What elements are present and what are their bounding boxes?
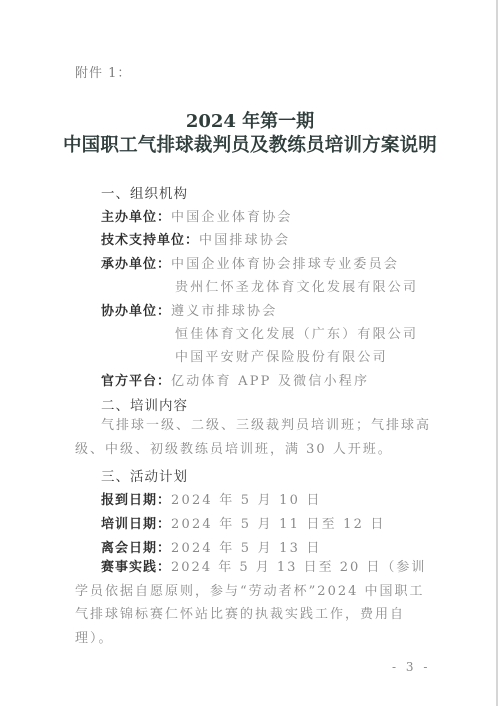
- row-co-organizer: 协办单位：遵义市排球协会: [101, 300, 277, 319]
- row-value: 2024 年 5 月 11 日至 12 日: [171, 517, 386, 532]
- practice-paragraph: 赛事实践：2024 年 5 月 13 日至 20 日（参训学员依据自愿原则，参与…: [75, 556, 435, 650]
- attachment-label: 附件 1：: [75, 62, 131, 81]
- row-label: 主办单位：: [101, 210, 171, 225]
- section-heading-training-content: 二、培训内容: [101, 394, 188, 414]
- row-value: 亿动体育 APP 及微信小程序: [171, 374, 369, 389]
- row-label: 技术支持单位：: [101, 233, 199, 248]
- row-label: 报到日期：: [101, 493, 171, 508]
- row-value: 中国排球协会: [199, 233, 290, 248]
- paragraph-text: 气排球一级、二级、三级裁判员培训班；气排球高级、中级、初级教练员培训班，满 30…: [75, 418, 431, 457]
- row-value: 2024 年 5 月 10 日: [171, 493, 322, 508]
- row-tech-support: 技术支持单位：中国排球协会: [101, 229, 290, 248]
- page-edge-line: [496, 0, 498, 706]
- practice-label: 赛事实践：: [101, 560, 171, 575]
- row-value: 中国企业体育协会排球专业委员会: [171, 257, 399, 272]
- document-title-line2: 中国职工气排球裁判员及教练员培训方案说明: [0, 131, 500, 157]
- row-organizer: 承办单位：中国企业体育协会排球专业委员会: [101, 253, 399, 272]
- row-label: 承办单位：: [101, 257, 171, 272]
- row-label: 培训日期：: [101, 517, 171, 532]
- section-heading-activity-plan: 三、活动计划: [101, 465, 188, 485]
- row-value: 2024 年 5 月 13 日: [171, 541, 322, 556]
- row-co-organizer-cont-2: 中国平安财产保险股份有限公司: [175, 346, 388, 365]
- document-title-line1: 2024 年第一期: [0, 107, 500, 133]
- page-number: - 3 -: [392, 660, 430, 674]
- row-label: 离会日期：: [101, 541, 171, 556]
- row-value: 遵义市排球协会: [171, 304, 277, 319]
- row-check-in-date: 报到日期：2024 年 5 月 10 日: [101, 489, 322, 508]
- row-training-date: 培训日期：2024 年 5 月 11 日至 12 日: [101, 513, 386, 532]
- row-departure-date: 离会日期：2024 年 5 月 13 日: [101, 537, 322, 556]
- row-host: 主办单位：中国企业体育协会: [101, 206, 293, 225]
- training-content-paragraph: 气排球一级、二级、三级裁判员培训班；气排球高级、中级、初级教练员培训班，满 30…: [75, 414, 435, 461]
- row-value: 中国企业体育协会: [171, 210, 293, 225]
- row-label: 协办单位：: [101, 304, 171, 319]
- row-organizer-cont: 贵州仁怀圣龙体育文化发展有限公司: [175, 276, 418, 295]
- row-label: 官方平台：: [101, 374, 171, 389]
- section-heading-organization: 一、组织机构: [101, 182, 188, 202]
- row-official-platform: 官方平台：亿动体育 APP 及微信小程序: [101, 370, 369, 389]
- row-co-organizer-cont-1: 恒佳体育文化发展（广东）有限公司: [175, 323, 418, 342]
